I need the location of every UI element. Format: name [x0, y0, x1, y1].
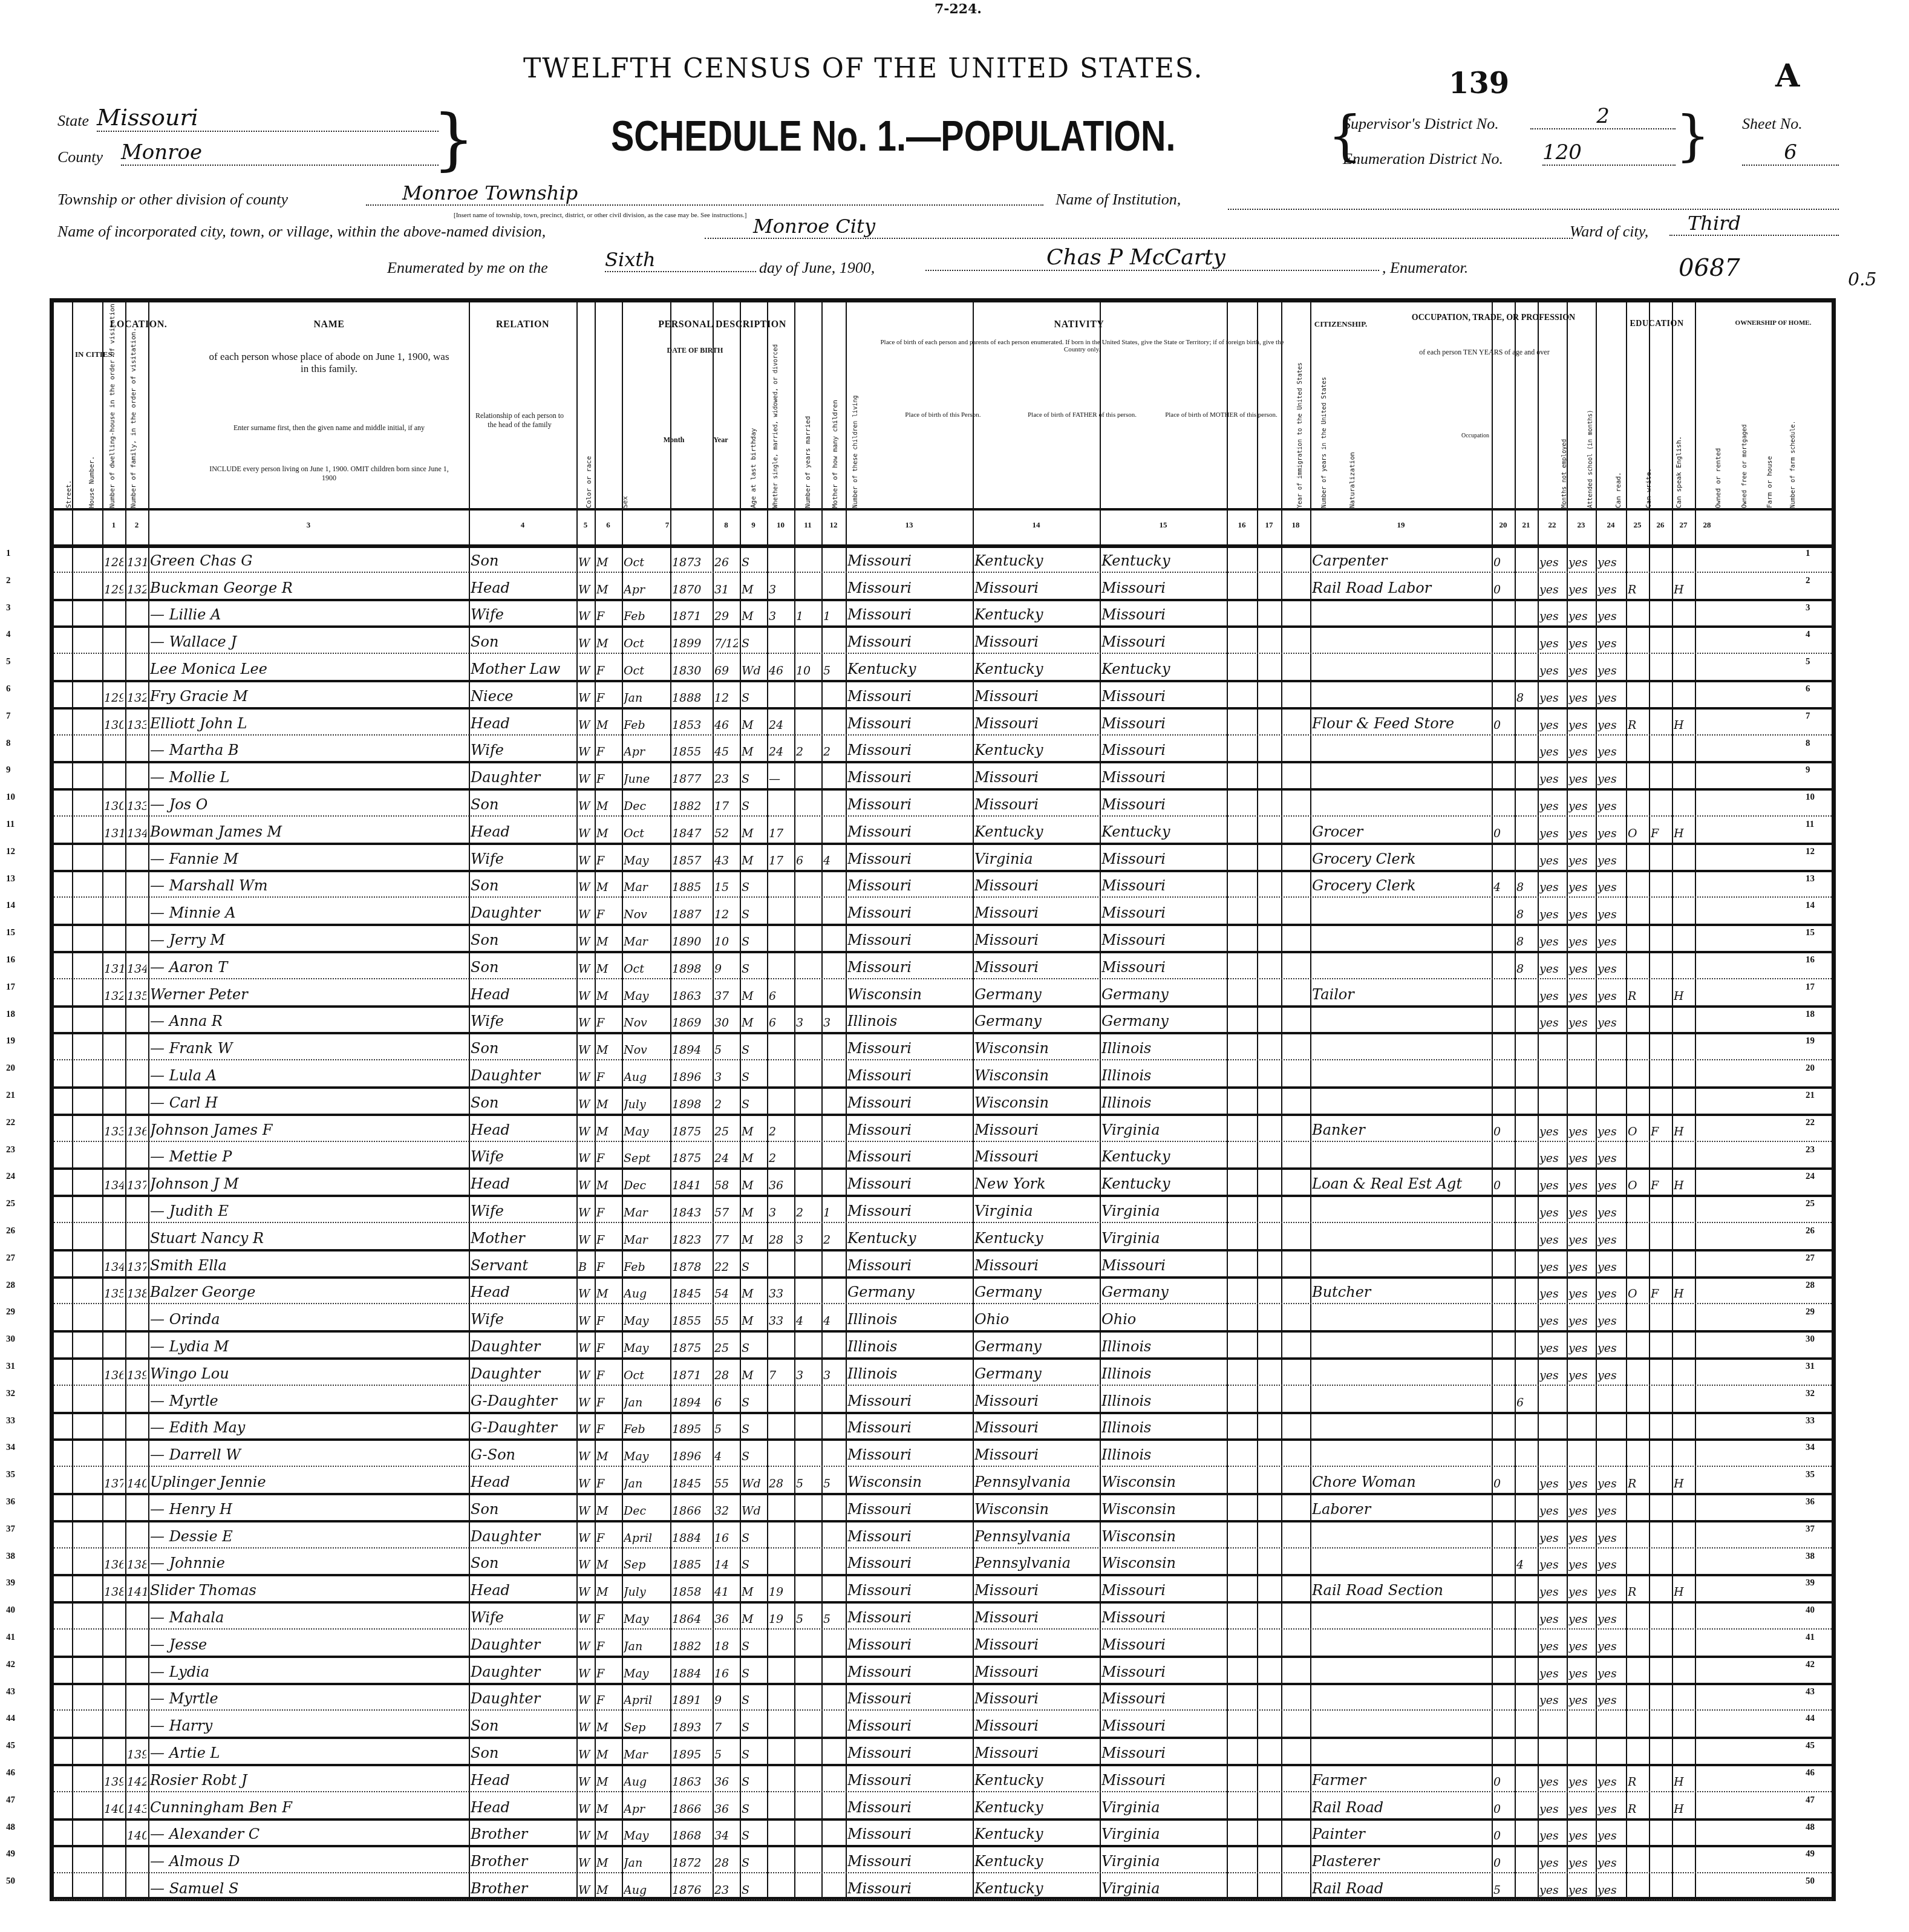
cell-color: W	[578, 1775, 593, 1789]
occupation-header: OCCUPATION, TRADE, OR PROFESSION	[1394, 313, 1593, 323]
cell-pob: Missouri	[847, 1528, 971, 1545]
cell-mar: M	[742, 1016, 765, 1030]
cell-year: 1882	[672, 800, 711, 813]
cell-sex: F	[596, 691, 620, 705]
cell-write: yes	[1568, 610, 1594, 623]
table-row: 136139Wingo LouDaughterWFOct187128M733Il…	[54, 1357, 1832, 1386]
cell-fh: H	[1674, 1179, 1693, 1192]
cell-sex: M	[596, 827, 620, 840]
cell-cl: 2	[823, 1233, 844, 1247]
cell-color: W	[578, 1098, 593, 1111]
cell-pob: Missouri	[847, 1717, 971, 1734]
cell-sex: F	[596, 854, 620, 867]
name-instruction-1: Enter surname first, then the given name…	[205, 423, 453, 432]
cell-year: 1898	[672, 962, 711, 976]
cell-ym: 28	[769, 1477, 792, 1490]
cell-speak: yes	[1597, 1206, 1624, 1219]
cell-year: 1872	[672, 1856, 711, 1870]
row-number-right: 18	[1806, 1010, 1815, 1020]
cell-fh: H	[1674, 1125, 1693, 1138]
table-row: 129132Buckman George RHeadWMApr187031M3M…	[54, 572, 1832, 601]
cell-dw: 130	[104, 800, 123, 813]
cell-name: — Artie L	[150, 1744, 467, 1761]
row-number-left: 35	[6, 1470, 15, 1480]
cell-mpob: Illinois	[1101, 1392, 1225, 1409]
cell-read: yes	[1539, 772, 1565, 786]
cell-fpob: Kentucky	[974, 1826, 1098, 1842]
cell-year: 1868	[672, 1829, 711, 1842]
cell-rel: G-Daughter	[471, 1392, 575, 1409]
cell-ym: 2	[769, 1125, 792, 1138]
family-header: Number of family, in the order of visita…	[129, 348, 137, 508]
cell-year: 1888	[672, 691, 711, 705]
cell-read: yes	[1539, 1287, 1565, 1301]
enumerated-day-field: Sixth	[605, 248, 756, 272]
cell-age: 4	[714, 1450, 738, 1463]
cell-mar: M	[742, 583, 765, 596]
row-number-left: 30	[6, 1334, 15, 1345]
cell-write: yes	[1568, 691, 1594, 705]
cell-month: Apr	[624, 1803, 668, 1816]
row-number-left: 24	[6, 1172, 15, 1182]
cell-rel: Son	[471, 1717, 575, 1734]
row-number-right: 32	[1806, 1389, 1815, 1399]
cell-month: Mar	[624, 1206, 668, 1219]
cell-mar: M	[742, 1152, 765, 1165]
name-desc: of each person whose place of abode on J…	[205, 351, 453, 375]
table-row: — Marshall WmSonWMMar188515SMissouriMiss…	[54, 870, 1832, 898]
cell-speak: yes	[1597, 1613, 1624, 1626]
cell-pob: Illinois	[847, 1365, 971, 1382]
column-number: 10	[767, 520, 794, 530]
cell-name: — Myrtle	[150, 1392, 467, 1409]
cell-own: R	[1628, 1585, 1647, 1599]
cell-read: yes	[1539, 1667, 1565, 1680]
cell-year: 1855	[672, 1314, 711, 1328]
cell-color: W	[578, 990, 593, 1003]
cell-sex: F	[596, 1396, 620, 1409]
cell-write: yes	[1568, 908, 1594, 921]
ward-label: Ward of city,	[1570, 223, 1648, 241]
cell-ym: 6	[769, 1016, 792, 1030]
column-number: 24	[1596, 520, 1626, 530]
cell-rel: Head	[471, 1473, 575, 1490]
occupation-subheader: Occupation	[1394, 432, 1557, 439]
cell-month: Sep	[624, 1558, 668, 1571]
cell-color: W	[578, 827, 593, 840]
row-number-left: 50	[6, 1876, 15, 1887]
cell-sex: M	[596, 800, 620, 813]
row-number-left: 22	[6, 1118, 15, 1128]
cell-name: — Anna R	[150, 1013, 467, 1030]
cell-color: W	[578, 1803, 593, 1816]
cell-age: 6	[714, 1396, 738, 1409]
cell-name: — Minnie A	[150, 904, 467, 921]
cell-year: 1843	[672, 1206, 711, 1219]
cell-fam: 139	[127, 1369, 146, 1382]
cell-year: 1875	[672, 1342, 711, 1355]
table-row: 131134— Aaron TSonWMOct18989SMissouriMis…	[54, 951, 1832, 979]
row-number-right: 14	[1806, 901, 1815, 911]
city-field: Monroe City	[705, 215, 1573, 239]
cell-cl: 3	[823, 1016, 844, 1030]
cell-sex: M	[596, 1829, 620, 1842]
cell-age: 9	[714, 1694, 738, 1707]
enumeration-label: Enumeration District No.	[1343, 150, 1503, 168]
pob-person-header: Place of birth of this Person.	[876, 411, 1010, 419]
cell-month: Oct	[624, 664, 668, 677]
column-number: 20	[1492, 520, 1515, 530]
cell-sch: 8	[1516, 935, 1536, 948]
cell-read: yes	[1539, 908, 1565, 921]
cell-sex: M	[596, 935, 620, 948]
cell-occ: Farmer	[1312, 1772, 1490, 1789]
cell-mar: M	[742, 719, 765, 732]
cell-sex: M	[596, 1748, 620, 1761]
row-number-left: 21	[6, 1091, 15, 1101]
cell-pob: Missouri	[847, 1040, 971, 1057]
cell-fpob: Germany	[974, 1338, 1098, 1355]
cell-pob: Missouri	[847, 1501, 971, 1518]
cell-year: 1866	[672, 1504, 711, 1518]
table-row: — Frank WSonWMNov18945SMissouriWisconsin…	[54, 1032, 1832, 1060]
cell-moc: 10	[796, 664, 820, 677]
row-number-right: 47	[1806, 1795, 1815, 1806]
table-row: — MahalaWifeWFMay186436M1955MissouriMiss…	[54, 1601, 1832, 1630]
cell-rel: Head	[471, 986, 575, 1003]
header-rule	[54, 508, 1832, 511]
cell-mpob: Virginia	[1101, 1853, 1225, 1870]
table-row: — Anna RWifeWFNov186930M633IllinoisGerma…	[54, 1005, 1832, 1035]
cell-month: Sept	[624, 1152, 668, 1165]
cell-cl: 4	[823, 854, 844, 867]
row-number-left: 34	[6, 1443, 15, 1453]
cell-sex: M	[596, 881, 620, 894]
nativity-header: NATIVITY	[870, 319, 1288, 330]
cell-mar: M	[742, 1585, 765, 1599]
row-number-right: 5	[1806, 657, 1810, 667]
cell-name: — Jerry M	[150, 932, 467, 948]
cell-fam: 133	[127, 719, 146, 732]
cell-name: Smith Ella	[150, 1257, 467, 1274]
cell-mu: 5	[1493, 1884, 1513, 1897]
cell-mar: S	[742, 691, 765, 705]
cell-sex: F	[596, 1342, 620, 1355]
cell-mar: S	[742, 1396, 765, 1409]
cell-occ: Rail Road Section	[1312, 1582, 1490, 1599]
cell-read: yes	[1539, 1775, 1565, 1789]
cell-fam: 143	[127, 1803, 146, 1816]
cell-write: yes	[1568, 1152, 1594, 1165]
cell-month: May	[624, 990, 668, 1003]
cell-write: yes	[1568, 962, 1594, 976]
cell-moc: 2	[796, 1206, 820, 1219]
cell-speak: yes	[1597, 1558, 1624, 1571]
cell-mar: M	[742, 1125, 765, 1138]
cell-rel: Daughter	[471, 769, 575, 786]
row-number-right: 10	[1806, 792, 1815, 803]
cell-read: yes	[1539, 1477, 1565, 1490]
cell-sex: M	[596, 583, 620, 596]
cell-mar: S	[742, 637, 765, 650]
cell-mpob: Kentucky	[1101, 552, 1225, 569]
cell-age: 32	[714, 1504, 738, 1518]
township-note: [Insert name of township, town, precinct…	[454, 212, 747, 219]
cell-dw: 128	[104, 556, 123, 569]
cell-mpob: Germany	[1101, 1284, 1225, 1301]
header-brace: }	[432, 106, 475, 172]
cell-occ: Rail Road	[1312, 1880, 1490, 1897]
cell-sex: M	[596, 1179, 620, 1192]
cell-speak: yes	[1597, 691, 1624, 705]
cell-age: 37	[714, 990, 738, 1003]
cell-fpob: Missouri	[974, 959, 1098, 976]
cell-name: — Wallace J	[150, 633, 467, 650]
mother-of-header: Mother of how many children	[831, 348, 839, 508]
cell-mpob: Missouri	[1101, 742, 1225, 759]
cell-pob: Missouri	[847, 769, 971, 786]
row-number-right: 6	[1806, 684, 1810, 694]
cell-name: — Carl H	[150, 1094, 467, 1111]
cell-month: Feb	[624, 719, 668, 732]
table-row: — LydiaDaughterWFMay188416SMissouriMisso…	[54, 1656, 1832, 1685]
cell-name: — Almous D	[150, 1853, 467, 1870]
cell-fpob: Wisconsin	[974, 1040, 1098, 1057]
cell-own: O	[1628, 827, 1647, 840]
farm-house-header: Farm or house	[1766, 411, 1774, 508]
cell-mpob: Missouri	[1101, 1663, 1225, 1680]
cell-mar: M	[742, 1314, 765, 1328]
cell-cl: 1	[823, 610, 844, 623]
cell-age: 26	[714, 556, 738, 569]
cell-fpob: Ohio	[974, 1311, 1098, 1328]
row-number-right: 15	[1806, 928, 1815, 938]
row-number-right: 36	[1806, 1497, 1815, 1507]
row-number-left: 23	[6, 1145, 15, 1155]
cell-mu: 0	[1493, 827, 1513, 840]
cell-mu: 4	[1493, 881, 1513, 894]
cell-color: W	[578, 610, 593, 623]
cell-read: yes	[1539, 745, 1565, 759]
cell-own: R	[1628, 1803, 1647, 1816]
row-number-left: 42	[6, 1660, 15, 1670]
cell-pob: Missouri	[847, 606, 971, 623]
cell-ym: 2	[769, 1152, 792, 1165]
cell-mar: M	[742, 827, 765, 840]
cell-rel: Servant	[471, 1257, 575, 1274]
children-living-header: Number of these children living	[852, 348, 859, 508]
cell-fh: H	[1674, 719, 1693, 732]
cell-fam: 140	[127, 1477, 146, 1490]
cell-mar: S	[742, 1667, 765, 1680]
cell-write: yes	[1568, 719, 1594, 732]
cell-mpob: Illinois	[1101, 1446, 1225, 1463]
cell-read: yes	[1539, 1233, 1565, 1247]
cell-name: — Fannie M	[150, 850, 467, 867]
cell-age: 69	[714, 664, 738, 677]
years-us-header: Number of years in the United States	[1321, 354, 1328, 508]
column-number: 6	[595, 520, 622, 530]
table-row: — Fannie MWifeWFMay185743M1764MissouriVi…	[54, 843, 1832, 872]
cell-read: yes	[1539, 637, 1565, 650]
house-number-header: House Number.	[88, 393, 96, 508]
cell-name: — Dessie E	[150, 1528, 467, 1545]
row-number-left: 44	[6, 1714, 15, 1724]
cell-write: yes	[1568, 1179, 1594, 1192]
cell-color: W	[578, 1532, 593, 1545]
cell-mar: S	[742, 1829, 765, 1842]
cell-dw: 129	[104, 583, 123, 596]
cell-pob: Missouri	[847, 1636, 971, 1653]
cell-sex: F	[596, 1261, 620, 1274]
month-header: Month	[650, 436, 698, 445]
cell-occ: Rail Road	[1312, 1799, 1490, 1816]
cell-color: W	[578, 1504, 593, 1518]
row-number-left: 1	[6, 549, 11, 559]
cell-name: — Mollie L	[150, 769, 467, 786]
table-row: — Wallace JSonWMOct18997/12SMissouriMiss…	[54, 625, 1832, 654]
cell-name: Balzer George	[150, 1284, 467, 1301]
cell-name: — Lula A	[150, 1067, 467, 1084]
cell-rel: Son	[471, 932, 575, 948]
column-number: 18	[1281, 520, 1310, 530]
cell-age: 14	[714, 1558, 738, 1571]
cell-age: 10	[714, 935, 738, 948]
cell-year: 1884	[672, 1667, 711, 1680]
cell-read: yes	[1539, 1856, 1565, 1870]
column-number: 2	[125, 520, 148, 530]
cell-rel: Brother	[471, 1826, 575, 1842]
cell-speak: yes	[1597, 1775, 1624, 1789]
cell-read: yes	[1539, 583, 1565, 596]
cell-read: yes	[1539, 719, 1565, 732]
cell-fpob: Missouri	[974, 1717, 1098, 1734]
row-number-right: 37	[1806, 1524, 1815, 1535]
cell-fam: 137	[127, 1261, 146, 1274]
cell-mar: S	[742, 1640, 765, 1653]
naturalization-header: Naturalization	[1348, 393, 1356, 508]
column-number: 13	[846, 520, 973, 530]
cell-mar: S	[742, 1071, 765, 1084]
cell-age: 36	[714, 1775, 738, 1789]
cell-rel: Head	[471, 579, 575, 596]
cell-write: yes	[1568, 1694, 1594, 1707]
cell-age: 77	[714, 1233, 738, 1247]
cell-mpob: Ohio	[1101, 1311, 1225, 1328]
cell-age: 9	[714, 962, 738, 976]
cell-name: — Mahala	[150, 1609, 467, 1626]
cell-mpob: Virginia	[1101, 1121, 1225, 1138]
cell-name: — Jesse	[150, 1636, 467, 1653]
cell-fpob: Wisconsin	[974, 1501, 1098, 1518]
cell-ym: 33	[769, 1314, 792, 1328]
cell-name: Fry Gracie M	[150, 688, 467, 705]
cell-fpob: Kentucky	[974, 606, 1098, 623]
cell-pob: Missouri	[847, 1744, 971, 1761]
cell-color: W	[578, 1125, 593, 1138]
cell-write: yes	[1568, 1856, 1594, 1870]
years-married-header: Number of years married	[804, 348, 812, 508]
row-number-left: 14	[6, 901, 15, 911]
cell-mpob: Illinois	[1101, 1365, 1225, 1382]
cell-rel: Daughter	[471, 1690, 575, 1707]
column-number: 12	[821, 520, 846, 530]
cell-mar: S	[742, 1558, 765, 1571]
cell-fpob: Missouri	[974, 1690, 1098, 1707]
row-number-left: 12	[6, 847, 15, 857]
cell-mpob: Missouri	[1101, 606, 1225, 623]
cell-occ: Chore Woman	[1312, 1473, 1490, 1490]
cell-sex: F	[596, 610, 620, 623]
cell-pob: Missouri	[847, 1853, 971, 1870]
cell-color: W	[578, 1016, 593, 1030]
cell-read: yes	[1539, 1125, 1565, 1138]
cell-color: W	[578, 1314, 593, 1328]
cell-speak: yes	[1597, 1585, 1624, 1599]
cell-year: 1857	[672, 854, 711, 867]
cell-fpob: Kentucky	[974, 1853, 1098, 1870]
education-header: EDUCATION	[1599, 319, 1714, 329]
cell-age: 36	[714, 1613, 738, 1626]
cell-occ: Painter	[1312, 1826, 1490, 1842]
cell-color: W	[578, 800, 593, 813]
cell-fpob: Pennsylvania	[974, 1555, 1098, 1571]
table-row: 130133— Jos OSonWMDec188217SMissouriMiss…	[54, 788, 1832, 817]
cell-read: yes	[1539, 664, 1565, 677]
cell-age: 24	[714, 1152, 738, 1165]
cell-pob: Missouri	[847, 877, 971, 894]
column-number: 15	[1100, 520, 1227, 530]
cell-year: 1863	[672, 1775, 711, 1789]
cell-mu: 0	[1493, 583, 1513, 596]
cell-sex: F	[596, 1477, 620, 1490]
row-number-left: 32	[6, 1389, 15, 1399]
cell-write: yes	[1568, 990, 1594, 1003]
row-number-right: 45	[1806, 1741, 1815, 1751]
cell-pob: Missouri	[847, 742, 971, 759]
cell-rel: Head	[471, 1175, 575, 1192]
row-number-left: 13	[6, 874, 15, 884]
cell-read: yes	[1539, 1585, 1565, 1599]
row-number-right: 12	[1806, 847, 1815, 857]
cell-fpob: Virginia	[974, 850, 1098, 867]
cell-name: — Edith May	[150, 1419, 467, 1436]
can-read-header: Can read.	[1614, 442, 1622, 508]
cell-occ: Grocer	[1312, 823, 1490, 840]
cell-color: W	[578, 1450, 593, 1463]
row-number-right: 27	[1806, 1253, 1815, 1264]
cell-name: Cunningham Ben F	[150, 1799, 467, 1816]
cell-rel: Son	[471, 1501, 575, 1518]
cell-speak: yes	[1597, 745, 1624, 759]
cell-name: Lee Monica Lee	[150, 661, 467, 677]
row-number-left: 25	[6, 1199, 15, 1209]
cell-sex: M	[596, 1287, 620, 1301]
cell-name: Johnson James F	[150, 1121, 467, 1138]
cell-write: yes	[1568, 1206, 1594, 1219]
cell-ym: 3	[769, 583, 792, 596]
cell-pob: Missouri	[847, 1609, 971, 1626]
cell-year: 1871	[672, 610, 711, 623]
cell-month: Dec	[624, 1179, 668, 1192]
cell-fpob: Germany	[974, 1013, 1098, 1030]
cell-month: Mar	[624, 935, 668, 948]
cell-month: Jan	[624, 691, 668, 705]
row-number-right: 3	[1806, 603, 1810, 613]
cell-read: yes	[1539, 935, 1565, 948]
cell-pob: Missouri	[847, 1663, 971, 1680]
cell-name: — Darrell W	[150, 1446, 467, 1463]
